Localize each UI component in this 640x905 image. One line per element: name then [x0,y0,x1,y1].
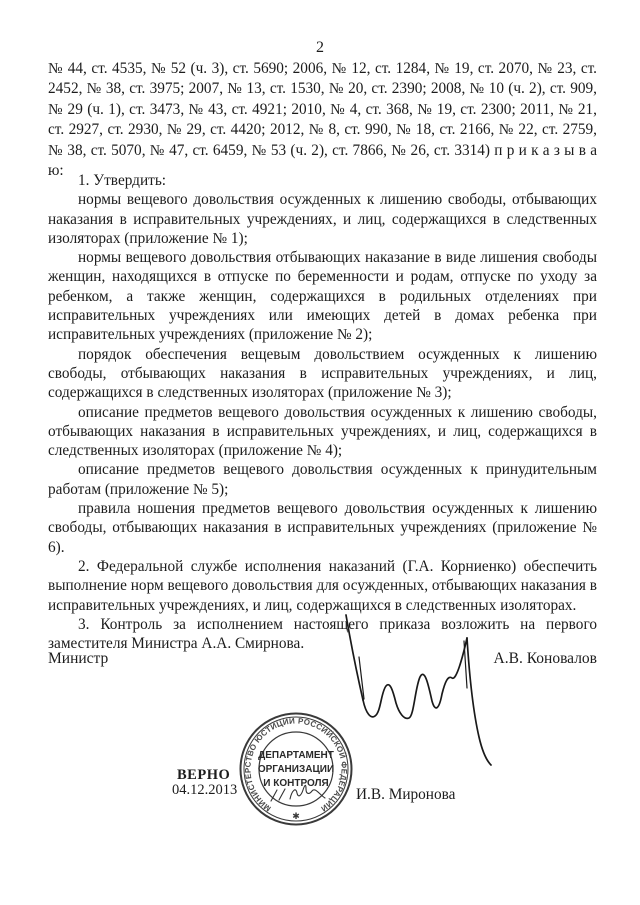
paragraph-text: правила ношения предметов вещевого довол… [48,499,597,557]
paragraph-text: описание предметов вещевого довольствия … [48,403,597,461]
paragraph-text: 1. Утвердить: [48,171,597,190]
stamp-center-line: ОРГАНИЗАЦИИ [258,764,334,775]
order-body: 1. Утвердить: нормы вещевого довольствия… [48,171,597,653]
signatory-title: Министр [48,650,108,668]
signatory-name: А.В. Коновалов [494,650,597,668]
paragraph-text: № 44, ст. 4535, № 52 (ч. 3), ст. 5690; 2… [48,59,597,181]
paragraph-text: нормы вещевого довольствия осужденных к … [48,190,597,248]
paragraph-text: порядок обеспечения вещевым довольствием… [48,345,597,403]
page-number: 2 [0,39,640,57]
intro-paragraph: № 44, ст. 4535, № 52 (ч. 3), ст. 5690; 2… [48,59,597,181]
stamp-center-line: ДЕПАРТАМЕНТ [258,750,334,761]
paragraph-text: описание предметов вещевого довольствия … [48,460,597,499]
round-stamp: МИНИСТЕРСТВО ЮСТИЦИИ РОССИЙСКОЙ ФЕДЕРАЦИ… [230,703,362,835]
paragraph-text: 3. Контроль за исполнением настоящего пр… [48,615,597,654]
document-page: 2 № 44, ст. 4535, № 52 (ч. 3), ст. 5690;… [0,0,640,905]
stamp-center-line: И КОНТРОЛЯ [263,778,328,789]
certifier-name: И.В. Миронова [356,786,455,804]
paragraph-text: 2. Федеральной службе исполнения наказан… [48,557,597,615]
stamp-star-icon: ✱ [292,811,300,821]
paragraph-text: нормы вещевого довольствия отбывающих на… [48,248,597,344]
attestation-date: 04.12.2013 [172,782,237,799]
